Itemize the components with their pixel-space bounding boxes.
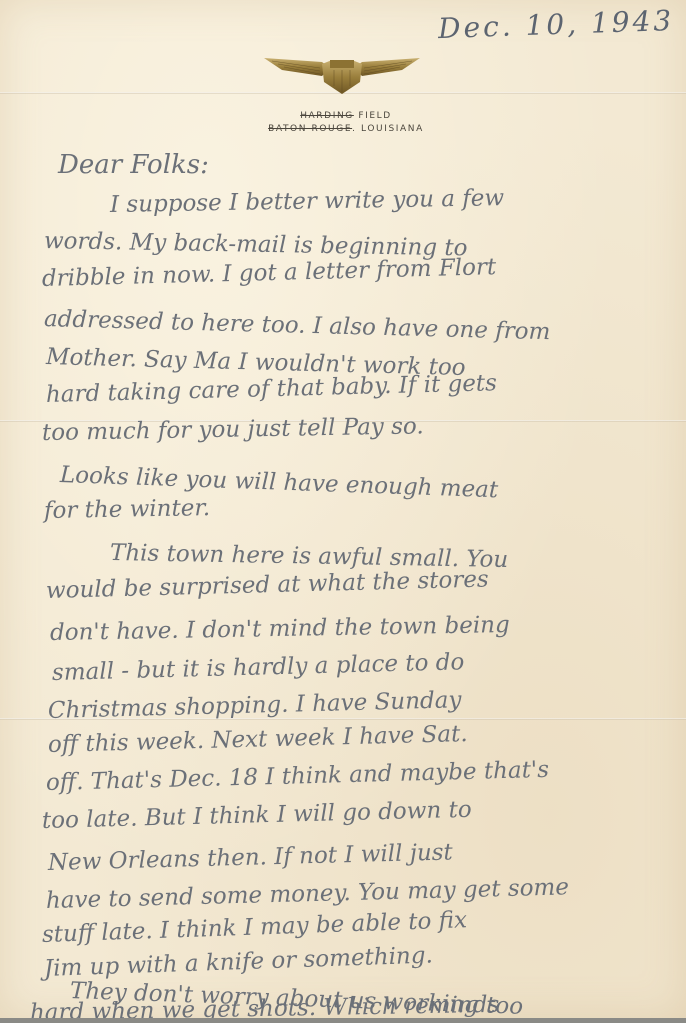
scan-edge xyxy=(0,1018,686,1023)
letter-line: New Orleans then. If not I will just xyxy=(48,839,453,876)
letter-line: off. That's Dec. 18 I think and maybe th… xyxy=(46,757,550,796)
letter-line: have to send some money. You may get som… xyxy=(46,874,570,914)
letter-line: small - but it is hardly a place to do xyxy=(52,649,465,686)
letter-line: stuff late. I think I may be able to fix xyxy=(42,907,468,948)
letterhead-line-2: BATON ROUGE. LOUISIANA xyxy=(246,123,446,136)
letter-line: off this week. Next week I have Sat. xyxy=(48,721,468,758)
letterhead-line-1: HARDING FIELD xyxy=(246,110,446,123)
letter-line: too late. But I think I will go down to xyxy=(42,797,472,834)
letter-line: I suppose I better write you a few xyxy=(110,185,505,218)
salutation: Dear Folks: xyxy=(58,150,209,180)
letter-line: too much for you just tell Pay so. xyxy=(42,413,424,446)
letter-page: Dec. 10, 1943 HARDING FIELD BATON ROUGE.… xyxy=(0,0,686,1018)
letterhead-address: HARDING FIELD BATON ROUGE. LOUISIANA xyxy=(246,110,446,136)
letter-line: addressed to here too. I also have one f… xyxy=(44,306,551,345)
letter-date: Dec. 10, 1943 xyxy=(437,4,674,45)
letter-line: don't have. I don't mind the town being xyxy=(50,612,510,646)
letter-line: for the winter. xyxy=(44,495,211,524)
letter-line: dribble in now. I got a letter from Flor… xyxy=(42,254,497,292)
letter-line: hard taking care of that baby. If it get… xyxy=(46,370,498,408)
pilot-wings-icon xyxy=(262,52,422,100)
letter-line: would be surprised at what the stores xyxy=(46,566,489,604)
letter-line: Jim up with a knife or something. xyxy=(44,942,434,982)
